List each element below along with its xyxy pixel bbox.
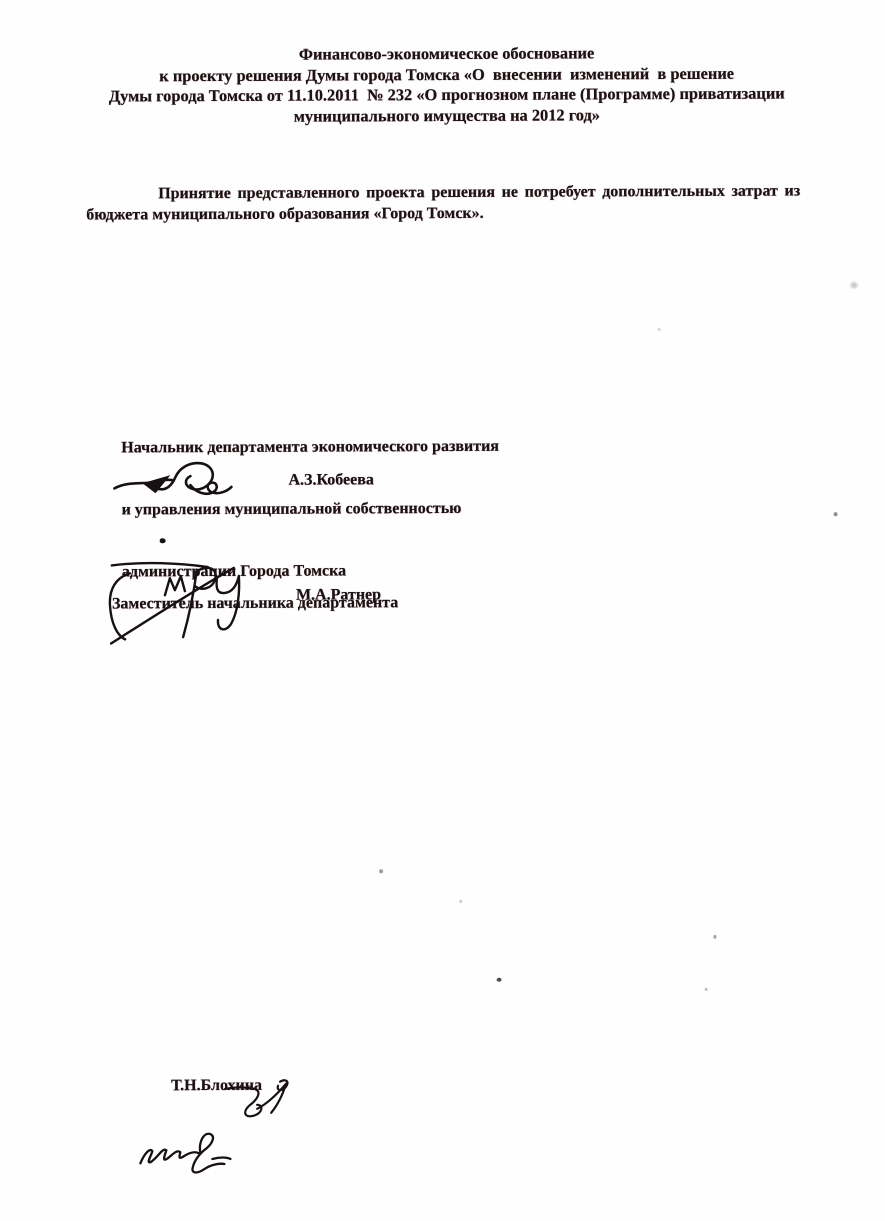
document-title: Финансово-экономическое обоснование к пр… xyxy=(83,42,811,128)
body-paragraph-line-1: Принятие представленного проекта решения… xyxy=(86,181,800,205)
body-paragraph: Принятие представленного проекта решения… xyxy=(86,181,800,226)
scan-speck xyxy=(713,935,716,939)
scan-speck xyxy=(459,900,462,903)
scan-speck xyxy=(851,282,858,288)
scan-speck xyxy=(497,978,502,982)
scan-speck xyxy=(834,512,838,516)
signature-kobeeva xyxy=(112,454,237,502)
title-line-3: Думы города Томска от 11.10.2011 № 232 «… xyxy=(83,84,811,108)
signature-ratner xyxy=(104,557,256,648)
signatory-1-title-line-2: и управления муниципальной собственность… xyxy=(122,499,500,521)
scanned-document-page: Финансово-экономическое обоснование к пр… xyxy=(0,0,885,1221)
body-paragraph-line-2: бюджета муниципального образования «Горо… xyxy=(86,202,800,226)
signatory-2-name: М.А.Ратнер xyxy=(296,586,381,604)
scan-speck xyxy=(658,328,661,331)
document-content: Финансово-экономическое обоснование к пр… xyxy=(0,0,885,1221)
signature-paraph xyxy=(136,1128,236,1176)
signatory-1-name: А.З.Кобеева xyxy=(288,471,374,489)
title-line-4: муниципального имущества на 2012 год» xyxy=(83,104,811,128)
signature-blokhina xyxy=(223,1078,299,1121)
scan-speck xyxy=(379,869,383,873)
scan-speck xyxy=(705,988,708,991)
ink-dot xyxy=(160,538,166,543)
